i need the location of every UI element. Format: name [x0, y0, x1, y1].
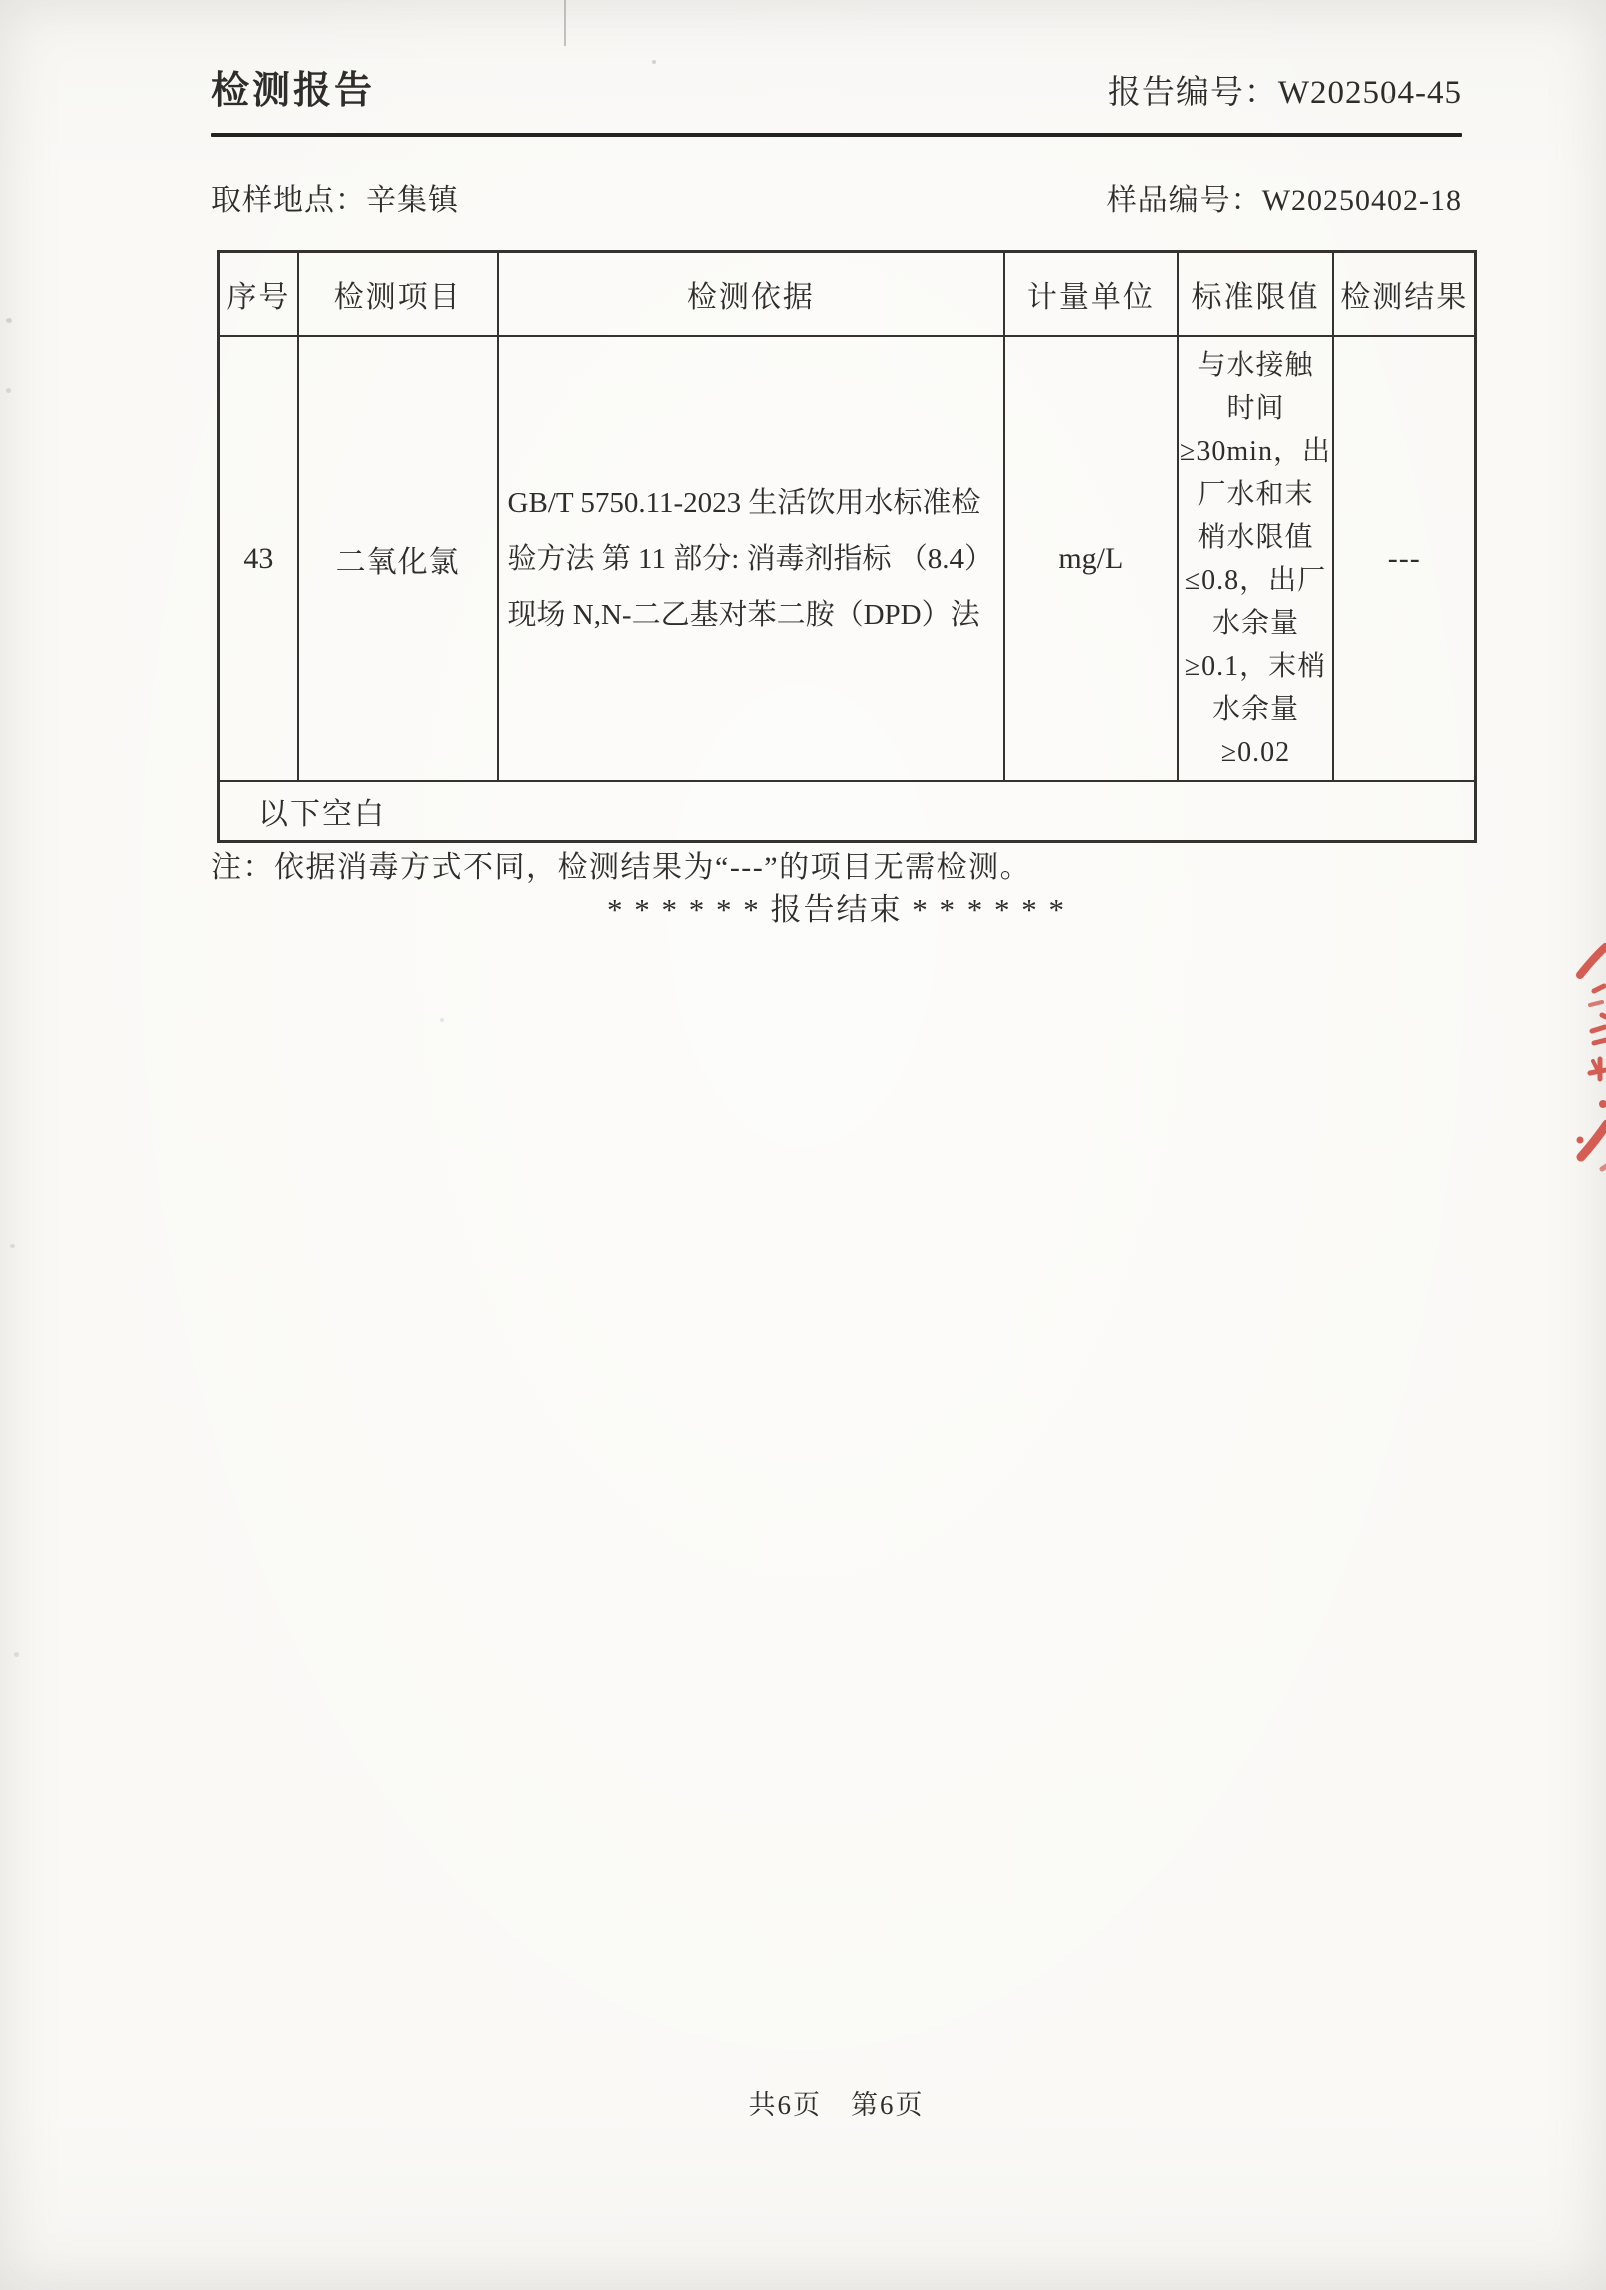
blank-row-label: 以下空白 [220, 789, 1474, 833]
standard-limit-text: 与水接触 时间 ≥30min，出 厂水和末 梢水限值 ≤0.8，出厂 水余量 ≥… [1179, 344, 1333, 774]
cell-standard-limit: 与水接触 时间 ≥30min，出 厂水和末 梢水限值 ≤0.8，出厂 水余量 ≥… [1178, 336, 1334, 781]
column-header-seq: 序号 [219, 252, 298, 337]
table-header-row: 序号 检测项目 检测依据 计量单位 标准限值 检测结果 [219, 252, 1476, 337]
cell-test-method: GB/T 5750.11-2023 生活饮用水标准检 验方法 第 11 部分: … [498, 336, 1005, 781]
blank-row: 以下空白 [219, 781, 1476, 842]
blank-row-cell: 以下空白 [219, 781, 1476, 842]
results-table: 序号 检测项目 检测依据 计量单位 标准限值 检测结果 43 二氧化氯 GB/T… [217, 250, 1477, 843]
cell-seq-no: 43 [219, 336, 298, 781]
scan-fold-line [564, 0, 566, 46]
document-page: 检测报告 报告编号：W202504-45 取样地点：辛集镇 样品编号：W2025… [0, 0, 1606, 2290]
cell-result: --- [1333, 336, 1475, 781]
sample-number-value: W20250402-18 [1262, 184, 1462, 217]
report-end-marker: * * * * * * 报告结束 * * * * * * [211, 891, 1462, 929]
sample-number: 样品编号：W20250402-18 [1107, 183, 1462, 219]
scan-speck [1388, 96, 1393, 100]
report-number-label: 报告编号： [1108, 75, 1278, 111]
sampling-site-value: 辛集镇 [366, 184, 459, 217]
scan-speck [10, 1244, 15, 1248]
column-header-unit: 计量单位 [1004, 252, 1177, 337]
cell-unit: mg/L [1004, 336, 1177, 781]
report-number-value: W202504-45 [1278, 75, 1462, 111]
column-header-method: 检测依据 [498, 252, 1005, 337]
scan-speck [6, 318, 12, 323]
sampling-site-label: 取样地点： [211, 184, 366, 217]
column-header-limit: 标准限值 [1178, 252, 1334, 337]
scan-speck [440, 1018, 444, 1022]
note-text: 注：依据消毒方式不同，检测结果为“---”的项目无需检测。 [211, 849, 1031, 886]
header-bar: 检测报告 报告编号：W202504-45 [211, 70, 1462, 114]
report-title: 检测报告 [211, 70, 375, 112]
cell-test-item: 二氧化氯 [298, 336, 498, 781]
sample-number-label: 样品编号： [1107, 184, 1262, 217]
column-header-result: 检测结果 [1333, 252, 1475, 337]
scan-speck [652, 60, 656, 64]
scan-speck [14, 1652, 19, 1657]
red-stamp-fragment [1558, 943, 1606, 1181]
scan-speck [6, 388, 11, 393]
test-method-text: GB/T 5750.11-2023 生活饮用水标准检 验方法 第 11 部分: … [499, 475, 1004, 643]
meta-bar: 取样地点：辛集镇 样品编号：W20250402-18 [211, 183, 1462, 219]
header-divider [211, 133, 1462, 137]
report-number: 报告编号：W202504-45 [1108, 72, 1462, 114]
page-number-footer: 共6页 第6页 [211, 2083, 1462, 2122]
sampling-site: 取样地点：辛集镇 [211, 183, 459, 219]
stamp-strokes-icon [1558, 943, 1606, 1181]
table-row: 43 二氧化氯 GB/T 5750.11-2023 生活饮用水标准检 验方法 第… [219, 336, 1476, 781]
column-header-item: 检测项目 [298, 252, 498, 337]
